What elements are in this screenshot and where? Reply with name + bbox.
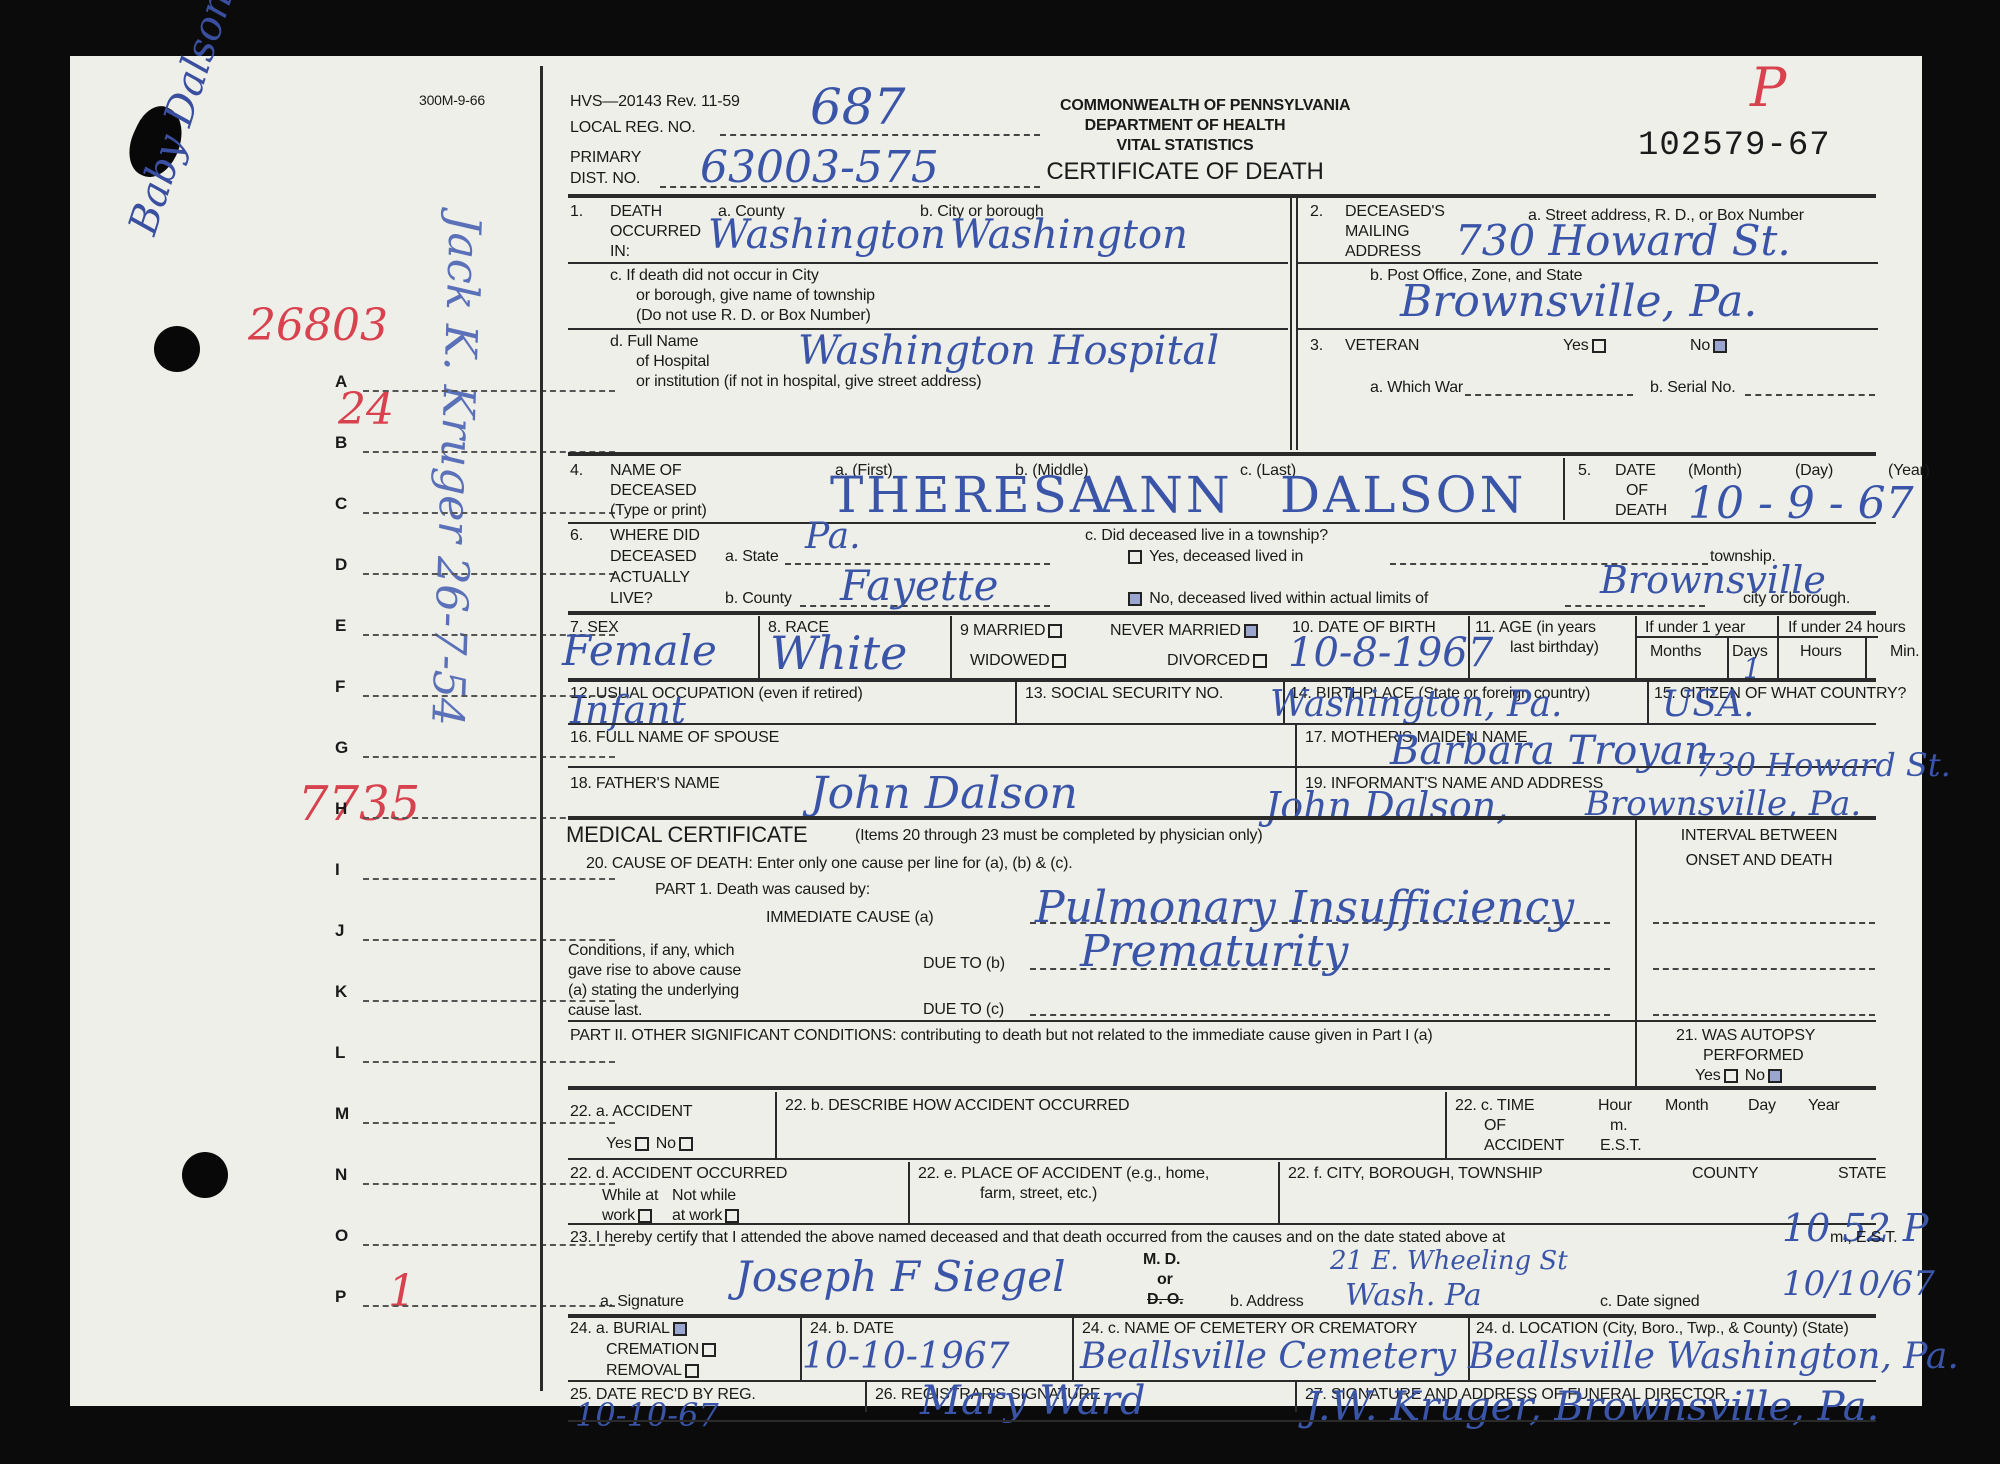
physician-address-line1: 21 E. Wheeling St bbox=[1330, 1246, 1568, 1276]
form-print-code: 300M-9-66 bbox=[419, 92, 485, 109]
stub-row-d: D bbox=[335, 551, 615, 581]
header-vital-statistics: VITAL STATISTICS bbox=[1060, 136, 1310, 155]
burial-date-value: 10-10-1967 bbox=[802, 1336, 1010, 1377]
file-mark: P bbox=[1750, 56, 1786, 119]
stub-row-p: P bbox=[335, 1283, 615, 1313]
fathers-name-value: John Dalson bbox=[810, 768, 1078, 819]
veteran-label: VETERAN bbox=[1345, 336, 1419, 355]
widowed-checkbox[interactable] bbox=[1052, 654, 1066, 668]
removal-checkbox[interactable] bbox=[685, 1364, 699, 1378]
cemetery-name-value: Beallsville Cemetery bbox=[1080, 1336, 1456, 1377]
physician-address-line2: Wash. Pa bbox=[1345, 1278, 1482, 1313]
deceased-first-name: THERESA bbox=[830, 466, 1109, 524]
primary-dist-value: 63003-575 bbox=[700, 142, 939, 193]
funeral-director-signature: J.W. Kruger, Brownsville, Pa. bbox=[1305, 1384, 1879, 1430]
date-of-birth-value: 10-8-1967 bbox=[1288, 630, 1493, 676]
header-commonwealth: COMMONWEALTH OF PENNSYLVANIA bbox=[1060, 96, 1310, 115]
death-certificate-sheet: 300M-9-66 Baby Dalson Jack K. Kruger 26-… bbox=[70, 56, 1922, 1406]
stub-divider bbox=[540, 66, 543, 1391]
birthplace-value: Washington, Pa. bbox=[1270, 684, 1562, 725]
accident-yes-checkbox[interactable] bbox=[635, 1137, 649, 1151]
certification-statement: 23. I hereby certify that I attended the… bbox=[570, 1228, 1505, 1247]
autopsy-yes-checkbox[interactable] bbox=[1724, 1069, 1738, 1083]
stub-annotation-name: Baby Dalson bbox=[120, 0, 242, 240]
stub-row-a: A bbox=[335, 368, 615, 398]
race-value: White bbox=[770, 626, 907, 680]
accident-no-checkbox[interactable] bbox=[679, 1137, 693, 1151]
informant-name-value: John Dalson, bbox=[1265, 784, 1508, 828]
registrar-signature: Mary Ward bbox=[920, 1378, 1145, 1424]
never-married-checkbox[interactable] bbox=[1244, 624, 1258, 638]
form-number: HVS—20143 Rev. 11-59 bbox=[570, 92, 740, 111]
burial-checkbox[interactable] bbox=[673, 1322, 687, 1336]
divorced-checkbox[interactable] bbox=[1253, 654, 1267, 668]
deceased-last-name: DALSON bbox=[1280, 466, 1526, 524]
physician-signature: Joseph F Siegel bbox=[735, 1252, 1066, 1301]
not-while-at-work-checkbox[interactable] bbox=[725, 1209, 739, 1223]
medical-certificate-title: MEDICAL CERTIFICATE bbox=[566, 822, 808, 848]
stub-row-c: C bbox=[335, 490, 615, 520]
local-reg-value: 687 bbox=[810, 78, 905, 136]
date-signed-value: 10/10/67 bbox=[1782, 1264, 1935, 1304]
residence-state-value: Pa. bbox=[805, 516, 861, 557]
burial-location-value: Beallsville Washington, Pa. bbox=[1468, 1336, 1959, 1377]
mailing-street-value: 730 Howard St. bbox=[1455, 216, 1791, 265]
married-checkbox[interactable] bbox=[1048, 624, 1062, 638]
deceased-middle-name: ANN bbox=[1100, 466, 1233, 524]
hospital-value: Washington Hospital bbox=[798, 328, 1219, 374]
citizenship-value: USA. bbox=[1662, 684, 1754, 725]
stub-annotation-vertical: Jack K. Kruger 26-7-54 bbox=[421, 214, 490, 727]
primary-dist-label-2: DIST. NO. bbox=[570, 169, 640, 188]
punch-hole-top bbox=[154, 326, 200, 372]
death-county-value: Washington bbox=[708, 212, 946, 258]
document-title: CERTIFICATE OF DEATH bbox=[1035, 158, 1335, 187]
primary-dist-label-1: PRIMARY bbox=[570, 148, 641, 167]
stub-row-i: I bbox=[335, 856, 615, 886]
local-reg-label: LOCAL REG. NO. bbox=[570, 118, 696, 137]
punch-hole-bottom bbox=[182, 1152, 228, 1198]
due-to-b-value: Prematurity bbox=[1080, 926, 1348, 977]
death-city-value: Washington bbox=[950, 212, 1188, 258]
occupation-value: Infant bbox=[570, 688, 686, 732]
mailing-post-office-value: Brownsville, Pa. bbox=[1400, 276, 1757, 327]
stub-red-number-top: 26803 bbox=[248, 300, 388, 351]
informant-address-line1: 730 Howard St. bbox=[1695, 746, 1951, 784]
cremation-checkbox[interactable] bbox=[702, 1343, 716, 1357]
autopsy-no-checkbox[interactable] bbox=[1768, 1069, 1782, 1083]
sex-value: Female bbox=[562, 626, 717, 675]
township-no-checkbox[interactable] bbox=[1128, 592, 1142, 606]
date-received-value: 10-10-67 bbox=[575, 1396, 719, 1434]
item1-label: DEATH bbox=[610, 202, 662, 221]
file-number: 102579-67 bbox=[1638, 126, 1831, 167]
township-yes-checkbox[interactable] bbox=[1128, 550, 1142, 564]
while-at-work-checkbox[interactable] bbox=[638, 1209, 652, 1223]
veteran-yes-checkbox[interactable] bbox=[1592, 339, 1606, 353]
veteran-no-checkbox[interactable] bbox=[1713, 339, 1727, 353]
stub-row-h: H bbox=[335, 795, 615, 825]
header-department: DEPARTMENT OF HEALTH bbox=[1060, 116, 1310, 135]
residence-county-value: Fayette bbox=[840, 561, 999, 610]
